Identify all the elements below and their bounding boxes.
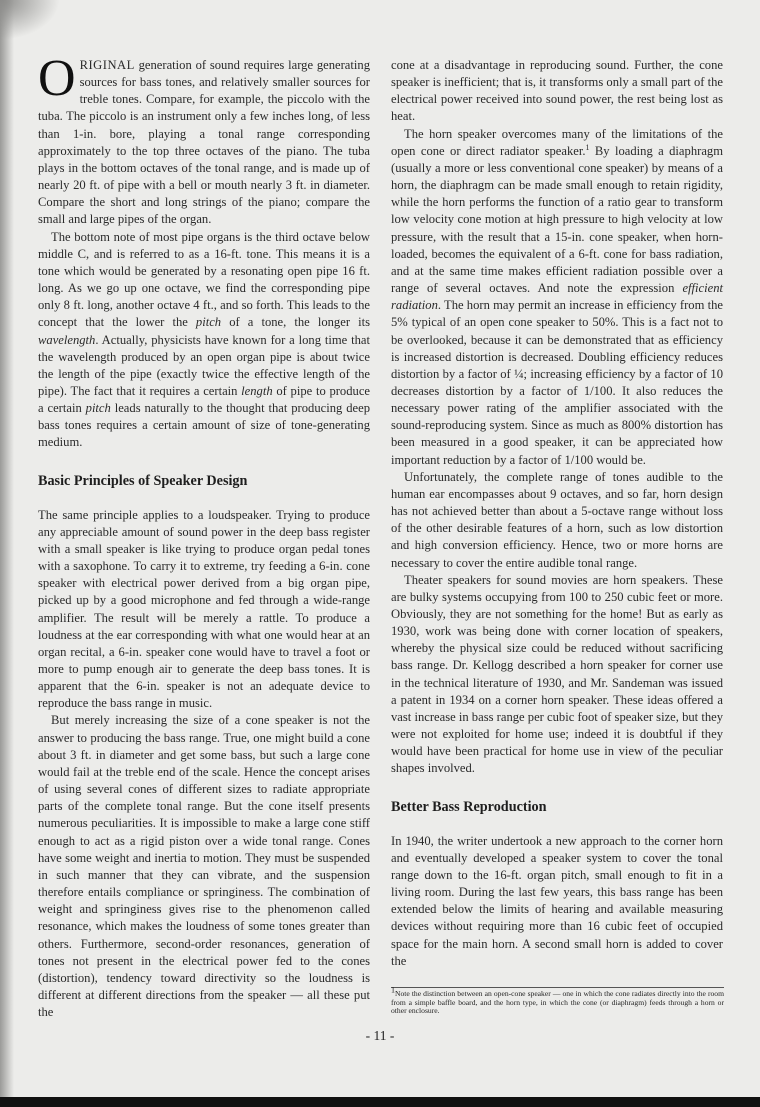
intro-smallcaps: RIGINAL <box>80 58 135 72</box>
paragraph-pipe-organs: The bottom note of most pipe organs is t… <box>38 229 370 452</box>
section-heading-basic-principles: Basic Principles of Speaker Design <box>38 472 370 490</box>
scan-bottom-edge <box>0 1097 760 1107</box>
text-run: of a tone, the longer its <box>221 315 370 329</box>
italic-term: pitch <box>86 401 111 415</box>
footnote: 1Note the distinction between an open-co… <box>391 990 724 1016</box>
paragraph-cone-disadvantage: cone at a disadvantage in reproducing so… <box>391 57 723 126</box>
right-column: cone at a disadvantage in reproducing so… <box>391 57 723 970</box>
italic-term: length <box>241 384 272 398</box>
footnote-text: Note the distinction between an open-con… <box>391 989 724 1015</box>
paragraph-audible-range: Unfortunately, the complete range of ton… <box>391 469 723 572</box>
intro-text: generation of sound requires large gener… <box>38 58 370 226</box>
page-corner-shadow <box>0 0 60 40</box>
italic-term: pitch <box>196 315 221 329</box>
page-edge-shadow <box>0 0 14 1107</box>
left-column: ORIGINAL generation of sound requires la… <box>38 57 370 1021</box>
italic-term: wavelength <box>38 333 95 347</box>
section-heading-better-bass: Better Bass Reproduction <box>391 798 723 816</box>
drop-cap: O <box>38 59 76 99</box>
paragraph-horn-speaker: The horn speaker overcomes many of the l… <box>391 126 723 469</box>
footnote-divider <box>391 987 724 988</box>
paragraph-cone-size: But merely increasing the size of a cone… <box>38 712 370 1021</box>
text-run: By loading a diaphragm (usually a more o… <box>391 144 723 295</box>
paragraph-1940: In 1940, the writer undertook a new appr… <box>391 833 723 970</box>
paragraph-theater-speakers: Theater speakers for sound movies are ho… <box>391 572 723 778</box>
intro-paragraph: ORIGINAL generation of sound requires la… <box>38 57 370 229</box>
text-run: . The horn may permit an increase in eff… <box>391 298 723 466</box>
paragraph-loudspeaker: The same principle applies to a loudspea… <box>38 507 370 713</box>
page-number: - 11 - <box>0 1028 760 1044</box>
